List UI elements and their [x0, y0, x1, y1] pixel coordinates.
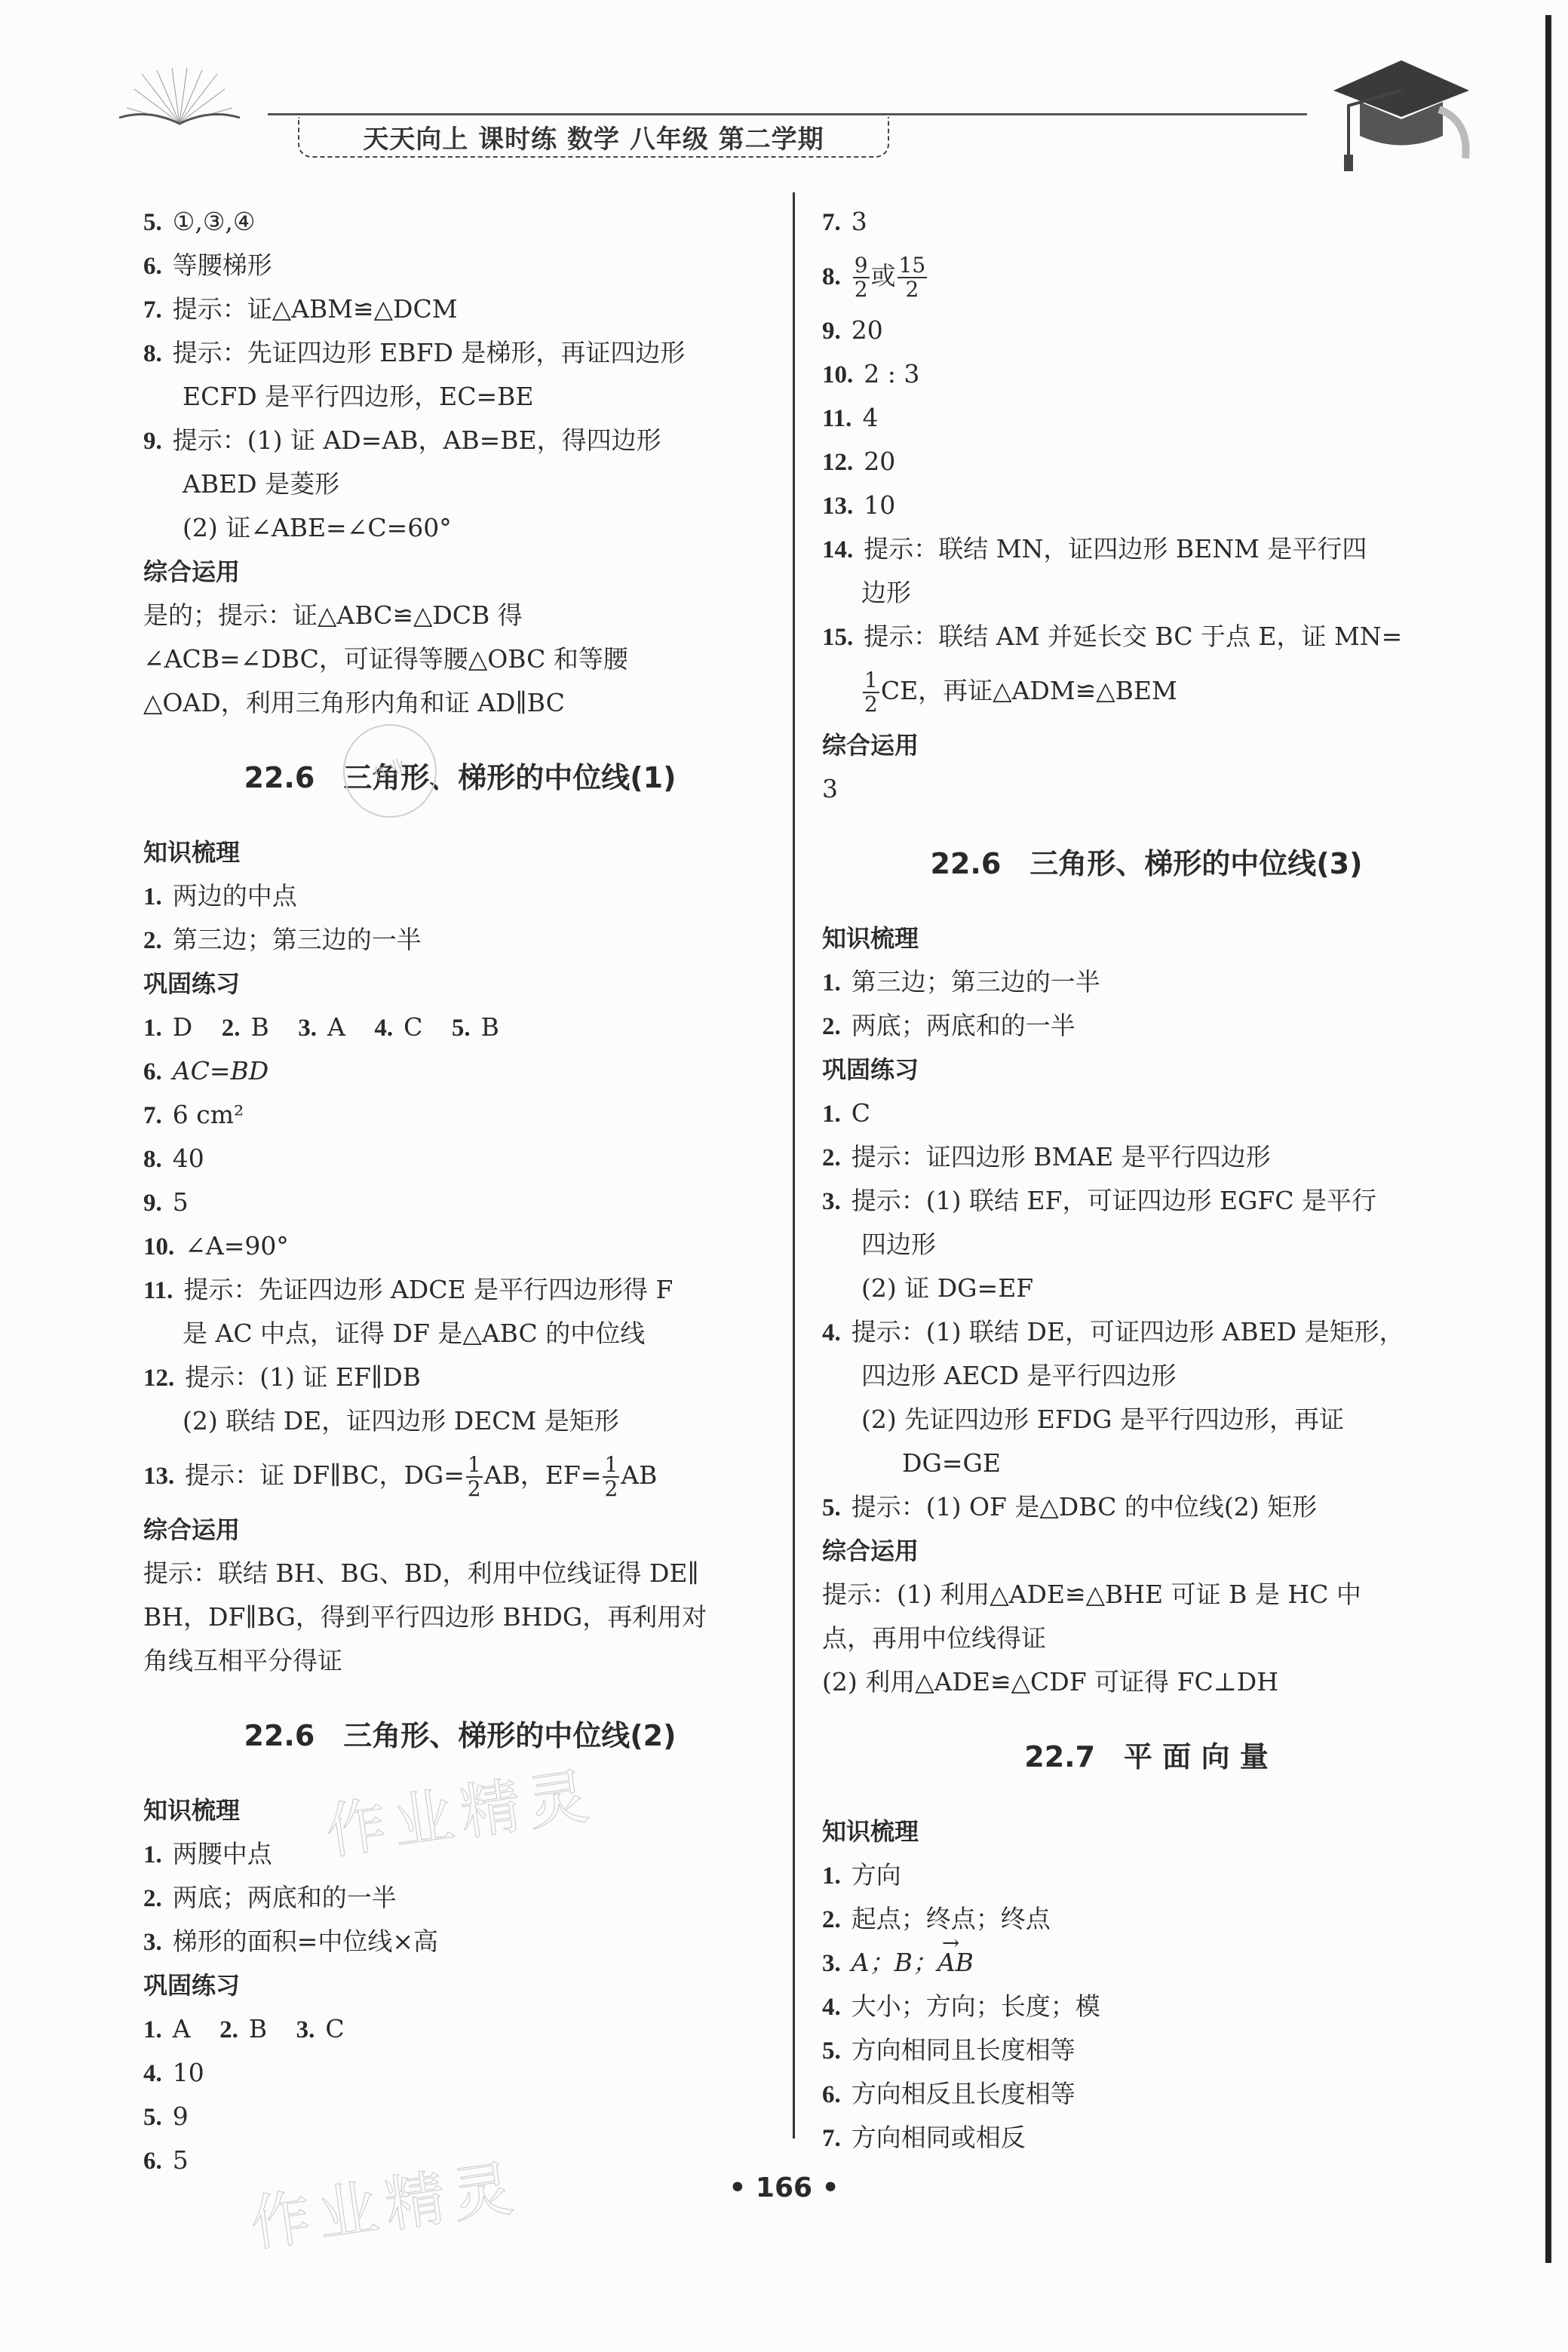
answer-item: 8.40 — [143, 1137, 777, 1181]
answer-item-cont: ECFD 是平行四边形，EC=BE — [143, 375, 777, 419]
comprehensive-answer: 3 — [822, 767, 1471, 811]
series-title-box: 天天向上 课时练 数学 八年级 第二学期 — [298, 117, 889, 158]
knowledge-item: 1.方向 — [822, 1853, 1471, 1897]
comprehensive-line: 提示：联结 BH、BG、BD，利用中位线证得 DE∥ — [143, 1552, 777, 1595]
knowledge-item: 2.第三边；第三边的一半 — [143, 918, 777, 962]
answer-item: 6.AC=BD — [143, 1049, 777, 1093]
answer-item: 13.10 — [822, 484, 1471, 527]
vector-ab: AB — [937, 1941, 974, 1985]
answer-item: 2.提示：证四边形 BMAE 是平行四边形 — [822, 1135, 1471, 1179]
page-number: • 166 • — [0, 2172, 1568, 2203]
series-title: 天天向上 课时练 数学 八年级 第二学期 — [363, 118, 824, 155]
comprehensive-line: ∠ACB=∠DBC，可证得等腰△OBC 和等腰 — [143, 637, 777, 681]
answer-item: 11.4 — [822, 396, 1471, 440]
comprehensive-heading: 综合运用 — [143, 550, 777, 594]
comprehensive-line: 提示：(1) 利用△ADE≌△BHE 可证 B 是 HC 中 — [822, 1573, 1471, 1617]
answer-item-cont: (2) 先证四边形 EFDG 是平行四边形，再证 — [822, 1398, 1471, 1442]
knowledge-item: 2.两底；两底和的一半 — [143, 1876, 777, 1920]
answer-item: 11.提示：先证四边形 ADCE 是平行四边形得 F — [143, 1268, 777, 1312]
left-column: 5.①,③,④ 6.等腰梯形 7.提示：证△ABM≌△DCM 8.提示：先证四边… — [143, 200, 777, 2182]
column-divider — [793, 192, 795, 2139]
comprehensive-line: 是的；提示：证△ABC≌△DCB 得 — [143, 594, 777, 637]
answer-item: 15.提示：联结 AM 并延长交 BC 于点 E，证 MN= — [822, 615, 1471, 659]
answer-item: 4.提示：(1) 联结 DE，可证四边形 ABED 是矩形， — [822, 1310, 1471, 1354]
section-title: 22.6 三角形、梯形的中位线(3) — [822, 811, 1471, 917]
answer-item: 9.5 — [143, 1181, 777, 1224]
answer-item: 5.9 — [143, 2095, 777, 2139]
answer-item: 5.提示：(1) OF 是△DBC 的中位线(2) 矩形 — [822, 1485, 1471, 1529]
comprehensive-line: BH，DF∥BG，得到平行四边形 BHDG，再利用对 — [143, 1595, 777, 1639]
answer-item: 14.提示：联结 MN，证四边形 BENM 是平行四 — [822, 527, 1471, 571]
page-edge — [1545, 15, 1551, 2263]
knowledge-heading: 知识梳理 — [143, 831, 777, 874]
answer-item: 8.92或152 — [822, 244, 1471, 309]
answer-item-cont: 四边形 — [822, 1223, 1471, 1267]
practice-heading: 巩固练习 — [143, 1964, 777, 2007]
knowledge-item: 4.大小；方向；长度；模 — [822, 1985, 1471, 2028]
answer-item-cont: DG=GE — [822, 1442, 1471, 1485]
answer-item-cont: (2) 联结 DE，证四边形 DECM 是矩形 — [143, 1399, 777, 1443]
section-title: 22.6 三角形、梯形的中位线(1) — [143, 725, 777, 831]
comprehensive-heading: 综合运用 — [822, 1529, 1471, 1573]
answer-item: 9.20 — [822, 309, 1471, 352]
knowledge-item: 6.方向相反且长度相等 — [822, 2072, 1471, 2116]
page-header: 天天向上 课时练 数学 八年级 第二学期 — [0, 0, 1568, 181]
mc-answers: 1.D 2.B 3.A 4.C 5.B — [143, 1006, 777, 1049]
knowledge-item: 1.第三边；第三边的一半 — [822, 960, 1471, 1004]
knowledge-item: 2.起点；终点；终点 — [822, 1897, 1471, 1941]
fraction: 92 — [853, 254, 870, 301]
practice-heading: 巩固练习 — [822, 1048, 1471, 1092]
answer-item: 3.提示：(1) 联结 EF，可证四边形 EGFC 是平行 — [822, 1179, 1471, 1223]
fraction: 152 — [898, 254, 928, 301]
fraction: 12 — [863, 669, 879, 716]
open-book-icon — [112, 66, 247, 127]
practice-heading: 巩固练习 — [143, 962, 777, 1006]
answer-item: 7.6 cm² — [143, 1093, 777, 1137]
answer-item: 13.提示：证 DF∥BC，DG=12AB，EF=12AB — [143, 1443, 777, 1508]
knowledge-item: 3.A；B；AB — [822, 1941, 1471, 1985]
comprehensive-heading: 综合运用 — [143, 1508, 777, 1552]
header-rule — [268, 113, 1307, 115]
fraction: 12 — [466, 1454, 483, 1500]
fraction: 12 — [603, 1454, 619, 1500]
knowledge-item: 1.两边的中点 — [143, 874, 777, 918]
answer-item-cont: 是 AC 中点，证得 DF 是△ABC 的中位线 — [143, 1312, 777, 1356]
answer-item-cont: 边形 — [822, 571, 1471, 615]
answer-item-cont: 四边形 AECD 是平行四边形 — [822, 1354, 1471, 1398]
answer-item: 9.提示：(1) 证 AD=AB，AB=BE，得四边形 — [143, 419, 777, 462]
comprehensive-heading: 综合运用 — [822, 723, 1471, 767]
knowledge-item: 7.方向相同或相反 — [822, 2116, 1471, 2160]
answer-item: 1.C — [822, 1092, 1471, 1135]
answer-item: 12.20 — [822, 440, 1471, 484]
answer-item-cont: 12CE，再证△ADM≌△BEM — [822, 659, 1471, 723]
answer-item: 10.∠A=90° — [143, 1224, 777, 1268]
knowledge-heading: 知识梳理 — [822, 1810, 1471, 1853]
section-title: 22.7 平 面 向 量 — [822, 1704, 1471, 1810]
answer-item: 4.10 — [143, 2051, 777, 2095]
answer-item: 6.等腰梯形 — [143, 244, 777, 287]
answer-item: 12.提示：(1) 证 EF∥DB — [143, 1356, 777, 1399]
answer-item: 8.提示：先证四边形 EBFD 是梯形，再证四边形 — [143, 331, 777, 375]
right-column: 7.3 8.92或152 9.20 10.2 : 3 11.4 12.20 13… — [822, 200, 1471, 2160]
comprehensive-line: 角线互相平分得证 — [143, 1639, 777, 1683]
answer-item-cont: ABED 是菱形 — [143, 462, 777, 506]
comprehensive-line: 点，再用中位线得证 — [822, 1617, 1471, 1660]
answer-item: 10.2 : 3 — [822, 352, 1471, 396]
knowledge-item: 3.梯形的面积=中位线×高 — [143, 1920, 777, 1964]
knowledge-heading: 知识梳理 — [822, 917, 1471, 960]
graduation-cap-icon — [1326, 53, 1477, 173]
answer-item: 5.①,③,④ — [143, 200, 777, 244]
answer-item: 7.提示：证△ABM≌△DCM — [143, 287, 777, 331]
answer-item-cont: (2) 证 DG=EF — [822, 1267, 1471, 1310]
comprehensive-line: (2) 利用△ADE≌△CDF 可证得 FC⊥DH — [822, 1660, 1471, 1704]
knowledge-item: 2.两底；两底和的一半 — [822, 1004, 1471, 1048]
answer-item: 7.3 — [822, 200, 1471, 244]
knowledge-item: 5.方向相同且长度相等 — [822, 2028, 1471, 2072]
answer-item-cont: (2) 证∠ABE=∠C=60° — [143, 506, 777, 550]
mc-answers: 1.A 2.B 3.C — [143, 2007, 777, 2051]
comprehensive-line: △OAD，利用三角形内角和证 AD∥BC — [143, 681, 777, 725]
